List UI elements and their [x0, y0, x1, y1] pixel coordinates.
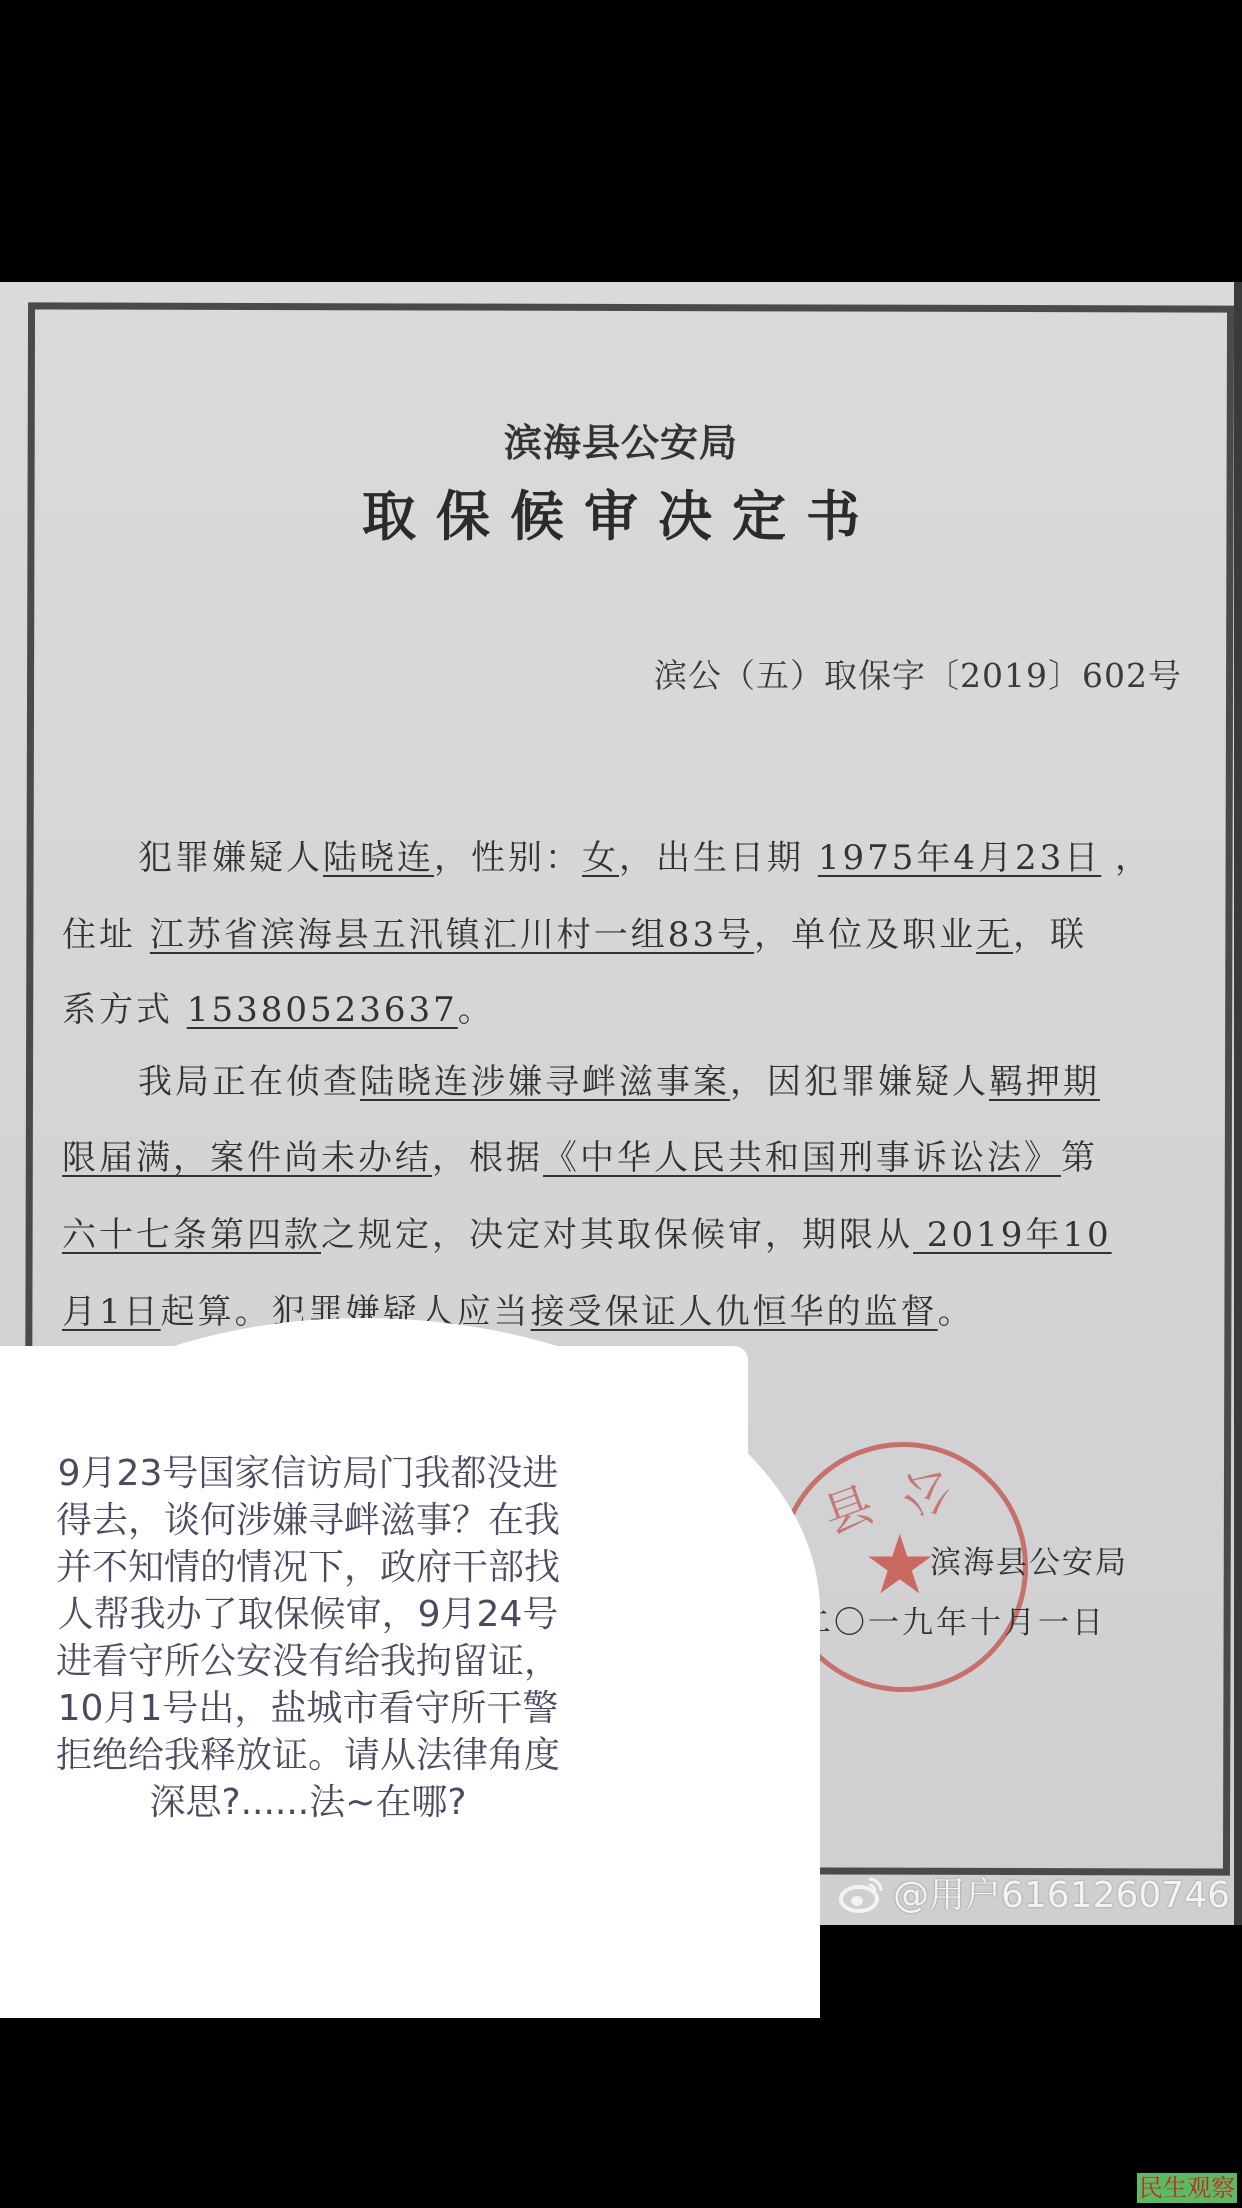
weibo-icon — [839, 1873, 885, 1913]
case-name: 陆晓连涉嫌寻衅滋事案 — [360, 1062, 730, 1102]
weibo-watermark: @用户6161260746 — [839, 1867, 1230, 1918]
suspect-occupation: 无 — [976, 915, 1013, 955]
para2-line1: 我局正在侦查陆晓连涉嫌寻衅滋事案，因犯罪嫌疑人羁押期 — [138, 1054, 1100, 1103]
law-reference: 《中华人民共和国刑事诉讼法》 — [543, 1138, 1061, 1178]
suspect-phone: 15380523637 — [187, 990, 458, 1030]
para1-line2: 住址 江苏省滨海县五汛镇汇川村一组83号，单位及职业无，联 — [62, 907, 1087, 956]
suspect-name: 陆晓连 — [323, 838, 434, 878]
signature-date: 二〇一九年十月一日 — [800, 1597, 1106, 1642]
star-icon: ★ — [863, 1525, 937, 1607]
signature-agency: 滨海县公安局 — [930, 1537, 1128, 1582]
law-article: 六十七条第四款 — [62, 1215, 321, 1255]
suspect-address: 江苏省滨海县五汛镇汇川村一组83号 — [150, 915, 754, 955]
suspect-dob: 1975年4月23日 — [818, 838, 1101, 878]
para1-line3: 系方式 15380523637。 — [62, 982, 495, 1031]
para1-line1: 犯罪嫌疑人陆晓连，性别：女，出生日期 1975年4月23日 ， — [138, 830, 1152, 879]
para2-line3: 六十七条第四款之规定，决定对其取保候审，期限从 2019年10 — [62, 1207, 1112, 1256]
guarantor: 接受保证人仇恒华的监督 — [531, 1292, 938, 1332]
para2-line4: 月1日起算。犯罪嫌疑人应当接受保证人仇恒华的监督。 — [62, 1284, 975, 1333]
document-number: 滨公（五）取保字〔2019〕602号 — [654, 650, 1182, 697]
watermark-handle: @用户6161260746 — [893, 1867, 1230, 1918]
suspect-sex: 女 — [582, 838, 619, 878]
document-title: 取保候审决定书 — [0, 474, 1242, 551]
overlay-note-text: 9月23号国家信访局门我都没进 得去，谈何涉嫌寻衅滋事？在我 并不知情的情况下，… — [8, 1450, 608, 1826]
corner-logo: 民生观察 — [1137, 2173, 1237, 2203]
para2-line2: 限届满，案件尚未办结，根据《中华人民共和国刑事诉讼法》第 — [62, 1130, 1098, 1179]
issuing-agency: 滨海县公安局 — [0, 412, 1242, 467]
